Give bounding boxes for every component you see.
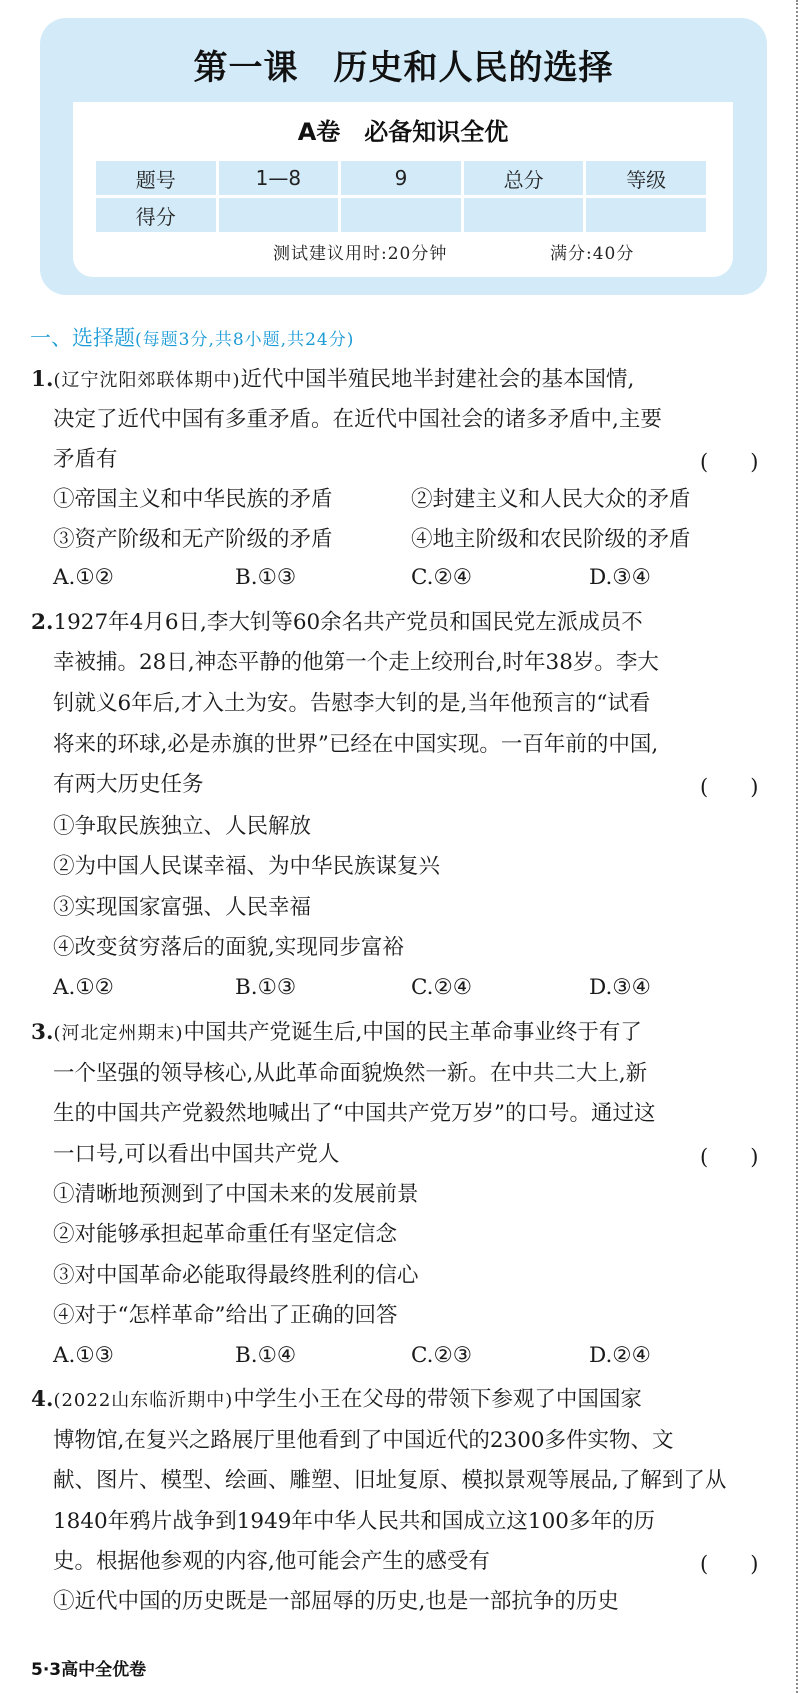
- suggested-time: 测试建议用时:20分钟: [273, 239, 447, 264]
- score-panel: A卷 必备知识全优 题号 1—8 9 总分 等级 得分 测试建议用时:20分钟 …: [73, 102, 733, 277]
- question-number: 3.: [31, 1020, 53, 1045]
- col-9: 9: [341, 161, 461, 195]
- question-line: 一个坚强的领导核心,从此革命面貌焕然一新。在中共二大上,新: [53, 1060, 647, 1088]
- choice-c[interactable]: C.②④: [411, 564, 472, 592]
- lesson-header-box: 第一课 历史和人民的选择 A卷 必备知识全优 题号 1—8 9 总分 等级 得分…: [40, 18, 767, 295]
- score-table-score-row: 得分: [96, 198, 706, 232]
- question-line: 1.(辽宁沈阳郊联体期中)近代中国半殖民地半封建社会的基本国情,: [31, 366, 634, 395]
- statement: ②对能够承担起革命重任有坚定信念: [53, 1221, 397, 1249]
- question-line: 3.(河北定州期末)中国共产党诞生后,中国的民主革命事业终于有了: [31, 1019, 642, 1048]
- answer-blank[interactable]: ( ): [700, 1548, 758, 1578]
- question-line: 将来的环球,必是赤旗的世界”已经在中国实现。一百年前的中国,: [53, 731, 658, 759]
- score-cell-grade[interactable]: [586, 198, 706, 232]
- question-line: 献、图片、模型、绘画、雕塑、旧址复原、模拟景观等展品,了解到了从: [53, 1467, 726, 1495]
- question-source: (辽宁沈阳郊联体期中): [53, 370, 240, 391]
- question-line: 矛盾有: [53, 446, 118, 474]
- statement: ③对中国革命必能取得最终胜利的信心: [53, 1262, 419, 1290]
- question-line: 幸被捕。28日,神态平静的他第一个走上绞刑台,时年38岁。李大: [53, 649, 659, 677]
- part-title: 一、选择题: [30, 326, 135, 350]
- score-cell-9[interactable]: [341, 198, 461, 232]
- answer-blank[interactable]: ( ): [700, 771, 758, 801]
- footer-brand: 5·3高中全优卷: [31, 1655, 146, 1680]
- full-score: 满分:40分: [550, 239, 634, 264]
- question-number: 1.: [31, 367, 53, 392]
- statement: ③资产阶级和无产阶级的矛盾: [53, 526, 333, 554]
- choice-b[interactable]: B.①④: [235, 1342, 296, 1370]
- choice-b[interactable]: B.①③: [235, 564, 296, 592]
- question-line: 生的中国共产党毅然地喊出了“中国共产党万岁”的口号。通过这: [53, 1100, 656, 1128]
- choice-a[interactable]: A.①③: [53, 1342, 114, 1370]
- choice-d[interactable]: D.③④: [589, 974, 651, 1002]
- question-line: 钊就义6年后,才入土为安。告慰李大钊的是,当年他预言的“试看: [53, 690, 650, 718]
- statement: ②为中国人民谋幸福、为中华民族谋复兴: [53, 853, 440, 881]
- choice-d[interactable]: D.②④: [589, 1342, 651, 1370]
- col-total: 总分: [464, 161, 584, 195]
- statement: ④地主阶级和农民阶级的矛盾: [411, 526, 691, 554]
- score-cell-total[interactable]: [464, 198, 584, 232]
- question-source: (2022山东临沂期中): [53, 1390, 233, 1411]
- choice-d[interactable]: D.③④: [589, 564, 651, 592]
- section-title: A卷 必备知识全优: [73, 112, 733, 147]
- choice-a[interactable]: A.①②: [53, 974, 114, 1002]
- question-line: 决定了近代中国有多重矛盾。在近代中国社会的诸多矛盾中,主要: [53, 406, 662, 434]
- statement: ①近代中国的历史既是一部屈辱的历史,也是一部抗争的历史: [53, 1588, 619, 1616]
- col-1-8: 1—8: [219, 161, 339, 195]
- statement: ④改变贫穷落后的面貌,实现同步富裕: [53, 934, 404, 962]
- part-heading: 一、选择题(每题3分,共8小题,共24分): [30, 322, 354, 352]
- question-number: 2.: [31, 610, 53, 635]
- answer-blank[interactable]: ( ): [700, 1141, 758, 1171]
- statement: ①清晰地预测到了中国未来的发展前景: [53, 1181, 419, 1209]
- statement: ③实现国家富强、人民幸福: [53, 894, 311, 922]
- question-number: 4.: [31, 1387, 53, 1412]
- question-line: 一口号,可以看出中国共产党人: [53, 1141, 339, 1169]
- choice-a[interactable]: A.①②: [53, 564, 114, 592]
- choice-c[interactable]: C.②③: [411, 1342, 472, 1370]
- statement: ①帝国主义和中华民族的矛盾: [53, 486, 333, 514]
- score-table: 题号 1—8 9 总分 等级 得分: [93, 158, 709, 235]
- question-line: 有两大历史任务: [53, 771, 204, 799]
- question-line: 4.(2022山东临沂期中)中学生小王在父母的带领下参观了中国国家: [31, 1386, 642, 1415]
- choice-b[interactable]: B.①③: [235, 974, 296, 1002]
- page-cut-line: [796, 0, 798, 1693]
- row-header-question-no: 题号: [96, 161, 216, 195]
- question-line: 史。根据他参观的内容,他可能会产生的感受有: [53, 1548, 490, 1576]
- score-cell-1-8[interactable]: [219, 198, 339, 232]
- question-source: (河北定州期末): [53, 1023, 183, 1044]
- row-header-score: 得分: [96, 198, 216, 232]
- part-note: (每题3分,共8小题,共24分): [135, 330, 354, 350]
- statement: ①争取民族独立、人民解放: [53, 813, 311, 841]
- lesson-title: 第一课 历史和人民的选择: [40, 40, 767, 89]
- score-table-header-row: 题号 1—8 9 总分 等级: [96, 161, 706, 195]
- col-grade: 等级: [586, 161, 706, 195]
- answer-blank[interactable]: ( ): [700, 446, 758, 476]
- question-line: 2.1927年4月6日,李大钊等60余名共产党员和国民党左派成员不: [31, 609, 643, 637]
- question-line: 1840年鸦片战争到1949年中华人民共和国成立这100多年的历: [53, 1508, 655, 1536]
- choice-c[interactable]: C.②④: [411, 974, 472, 1002]
- question-line: 博物馆,在复兴之路展厅里他看到了中国近代的2300多件实物、文: [53, 1427, 674, 1455]
- statement: ②封建主义和人民大众的矛盾: [411, 486, 691, 514]
- statement: ④对于“怎样革命”给出了正确的回答: [53, 1302, 398, 1330]
